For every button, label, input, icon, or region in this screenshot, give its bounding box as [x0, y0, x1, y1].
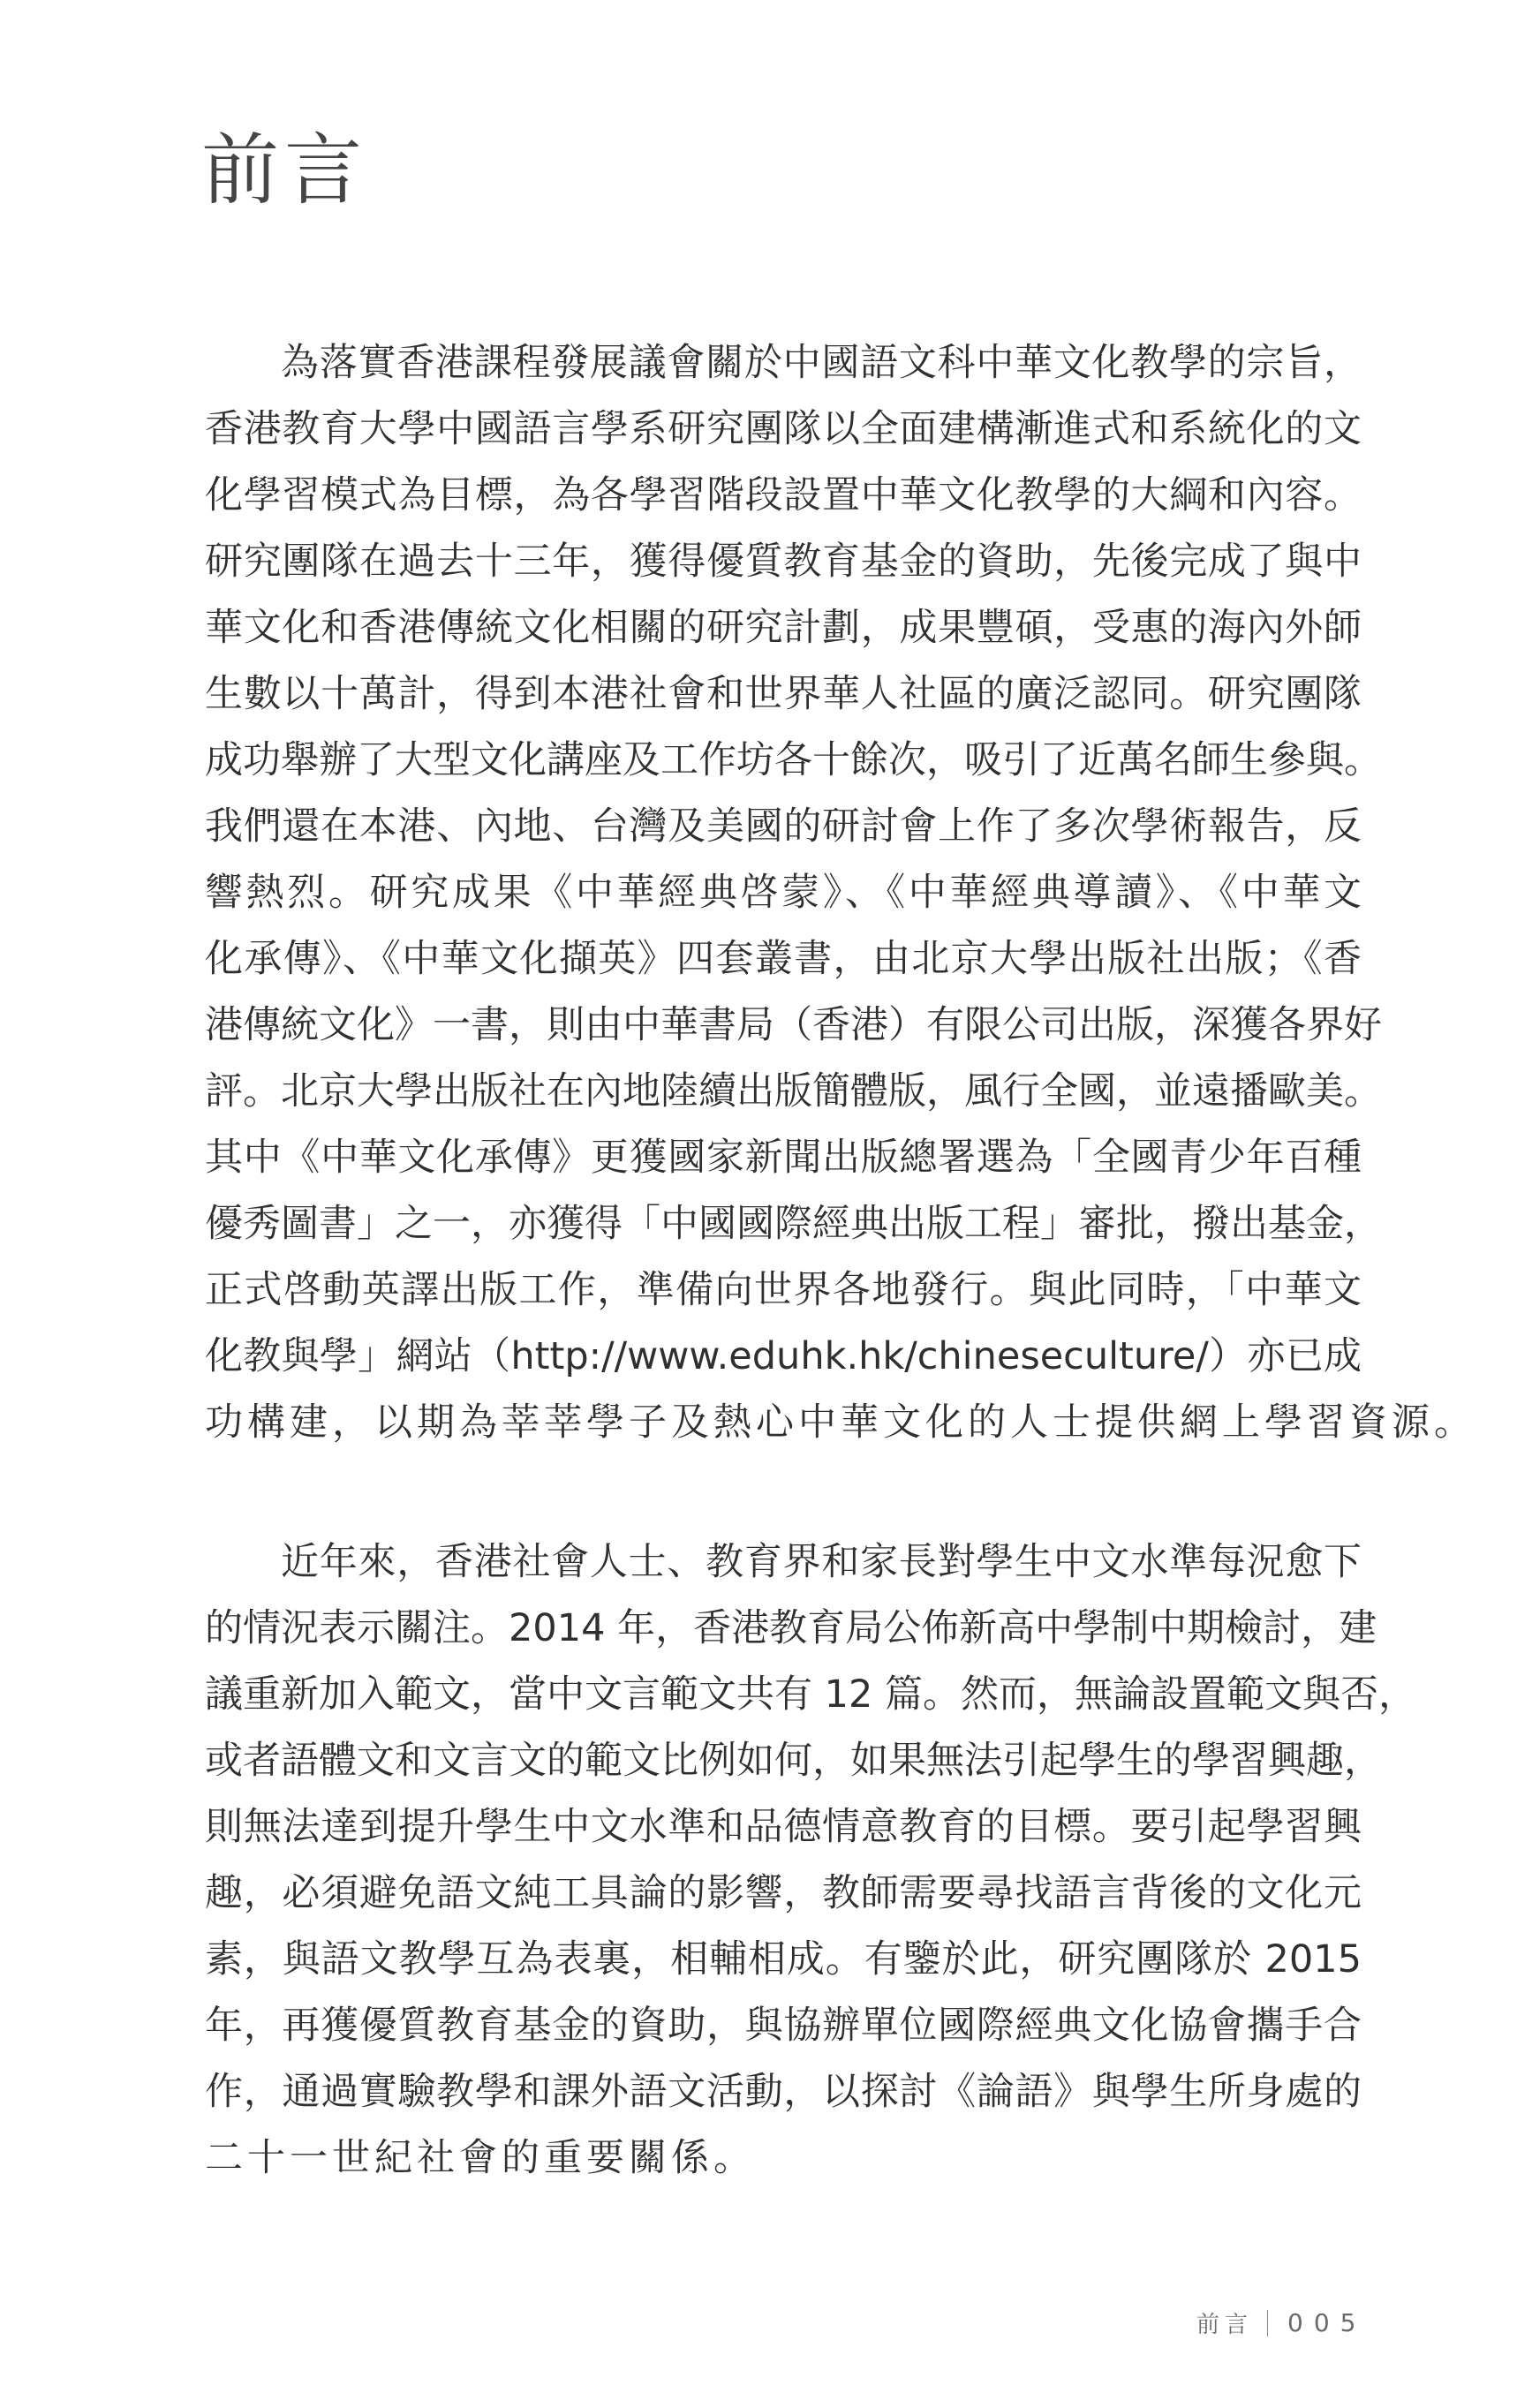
text-line: 近年來，香港社會人士、教育界和家長對學生中文水準每況愈下 — [205, 1529, 1362, 1596]
text-line: 二十一世紀社會的重要關係。 — [205, 2125, 1362, 2192]
text-line: 我們還在本港、內地、台灣及美國的研討會上作了多次學術報告，反 — [205, 794, 1362, 860]
text-line: 年，再獲優質教育基金的資助，與協辦單位國際經典文化協會攜手合 — [205, 1993, 1362, 2059]
text-line: 或者語體文和文言文的範文比例如何，如果無法引起學生的學習興趣， — [205, 1728, 1362, 1794]
text-line: 其中《中華文化承傳》更獲國家新聞出版總署選為「全國青少年百種 — [205, 1125, 1362, 1191]
text-line: 正式啓動英譯出版工作，準備向世界各地發行。與此同時，「中華文 — [205, 1257, 1362, 1324]
text-line: 的情況表示關注。2014 年，香港教育局公佈新高中學制中期檢討，建 — [205, 1596, 1362, 1662]
text-line: 港傳統文化》一書，則由中華書局（香港）有限公司出版，深獲各界好 — [205, 993, 1362, 1059]
text-line: 成功舉辦了大型文化講座及工作坊各十餘次，吸引了近萬名師生參與。 — [205, 728, 1362, 794]
text-line: 為落實香港課程發展議會關於中國語文科中華文化教學的宗旨， — [205, 330, 1362, 396]
text-line: 趣，必須避免語文純工具論的影響，教師需要尋找語言背後的文化元 — [205, 1861, 1362, 1927]
text-line: 化教與學」網站（http://www.eduhk.hk/chinesecultu… — [205, 1324, 1362, 1390]
text-line: 響熱烈。研究成果《中華經典啓蒙》、《中華經典導讀》、《中華文 — [205, 860, 1362, 926]
text-line: 香港教育大學中國語言學系研究團隊以全面建構漸進式和系統化的文 — [205, 396, 1362, 463]
text-line: 華文化和香港傳統文化相關的研究計劃，成果豐碩，受惠的海內外師 — [205, 595, 1362, 661]
text-line: 化學習模式為目標，為各學習階段設置中華文化教學的大綱和內容。 — [205, 463, 1362, 529]
page-footer: 前言 005 — [1196, 2306, 1366, 2339]
footer-divider — [1267, 2310, 1268, 2336]
text-line: 功構建，以期為莘莘學子及熱心中華文化的人士提供網上學習資源。 — [205, 1390, 1362, 1456]
text-line: 化承傳》、《中華文化擷英》四套叢書，由北京大學出版社出版；《香 — [205, 926, 1362, 993]
footer-section-title: 前言 — [1196, 2306, 1253, 2339]
text-line: 優秀圖書」之一，亦獲得「中國國際經典出版工程」審批，撥出基金， — [205, 1191, 1362, 1257]
text-line: 生數以十萬計，得到本港社會和世界華人社區的廣泛認同。研究團隊 — [205, 661, 1362, 728]
page-number: 005 — [1287, 2308, 1366, 2337]
text-line: 評。北京大學出版社在內地陸續出版簡體版，風行全國，並遠播歐美。 — [205, 1059, 1362, 1125]
paragraph-1: 為落實香港課程發展議會關於中國語文科中華文化教學的宗旨， 香港教育大學中國語言學… — [205, 330, 1362, 1456]
text-line: 議重新加入範文，當中文言範文共有 12 篇。然而，無論設置範文與否， — [205, 1662, 1362, 1728]
paragraph-2: 近年來，香港社會人士、教育界和家長對學生中文水準每況愈下 的情況表示關注。201… — [205, 1529, 1362, 2192]
text-line: 則無法達到提升學生中文水準和品德情意教育的目標。要引起學習興 — [205, 1794, 1362, 1861]
text-line: 研究團隊在過去十三年，獲得優質教育基金的資助，先後完成了與中 — [205, 529, 1362, 595]
text-line: 作，通過實驗教學和課外語文活動，以探討《論語》與學生所身處的 — [205, 2059, 1362, 2125]
page-title: 前言 — [201, 122, 367, 219]
text-line: 素，與語文教學互為表裏，相輔相成。有鑒於此，研究團隊於 2015 — [205, 1927, 1362, 1993]
